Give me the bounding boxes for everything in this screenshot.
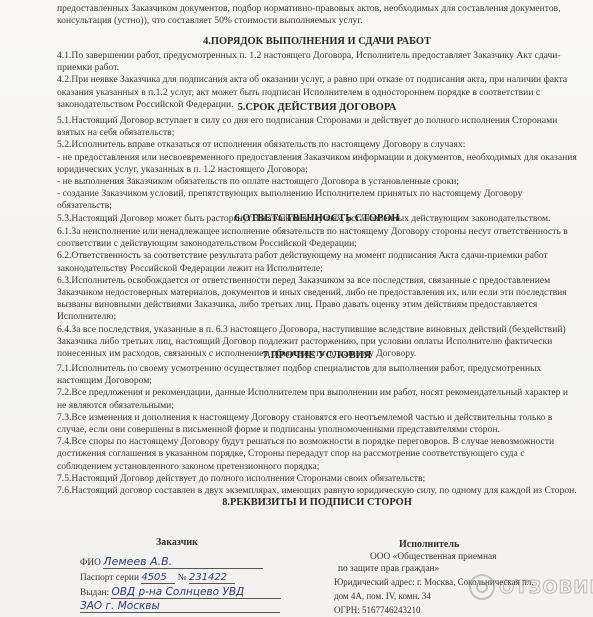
text-line: соответствии с действующим законодательс…	[57, 238, 577, 250]
text-line: 5.2.Исполнитель вправе отказаться от исп…	[57, 139, 577, 151]
passport-number-label: №	[178, 573, 187, 583]
section-7-body: 7.1.Исполнитель по своему усмотрению осу…	[57, 363, 577, 497]
customer-heading: Заказчик	[156, 537, 198, 548]
customer-fio-row: ФИО Лемеев А.В.	[80, 555, 270, 569]
text-line: - создание Заказчиком условий, препятств…	[57, 188, 577, 200]
passport-number: 231422	[189, 572, 235, 584]
text-line: 7.3.Все изменения и дополнения к настоящ…	[57, 412, 577, 424]
text-line: 4.1.По завершении работ, предусмотренных…	[57, 50, 577, 62]
watermark-text: ОТЗОВИК	[499, 577, 593, 598]
document-page: предоставленных Заказчиком документов, п…	[0, 0, 593, 617]
text-line: 7.1.Исполнитель по своему усмотрению осу…	[57, 363, 577, 375]
text-line: соблюдением установленного законом прете…	[57, 461, 577, 473]
section-7-title: 7.ПРОЧИЕ УСЛОВИЯ	[57, 350, 577, 361]
fio-value: Лемеев А.В.	[103, 555, 263, 569]
issued-value-1: ОВД р-на Солнцево УВД	[111, 586, 281, 599]
text-line: 7.5.Настоящий Договор действует до полно…	[57, 473, 577, 485]
contractor-org-line-2: по защите прав граждан»	[338, 564, 439, 574]
section-5-body: 5.1.Настоящий Договор вступает в силу со…	[57, 115, 577, 225]
section-8-title: 8.РЕКВИЗИТЫ И ПОДПИСИ СТОРОН	[57, 497, 577, 508]
contractor-org-line-1: ООО «Общественная приемная	[370, 552, 496, 562]
text-line: 5.1.Настоящий Договор вступает в силу со…	[57, 115, 577, 127]
contractor-address-line-2: дом 4А, пом. IV, комн. 34	[334, 591, 431, 601]
text-line: вызваны виновными действиями Заказчика, …	[57, 299, 577, 311]
text-line: - не предоставления или несвоевременного…	[57, 152, 577, 164]
text-line: 6.1.За неисполнение или ненадлежащее исп…	[57, 226, 577, 238]
text-line: 6.4.За все последствия, указанные в п. 6…	[57, 324, 577, 336]
contractor-ogrn: ОГРН: 5167746243210	[334, 605, 420, 615]
text-line: приемки работ.	[57, 62, 577, 74]
text-line: консультация (устно)), что составляет 50…	[57, 15, 577, 27]
text-line: Исполнителю;	[57, 311, 577, 323]
text-line: юридических услуг, указанных в п. 1.2 на…	[57, 164, 577, 176]
section-4-title: 4.ПОРЯДОК ВЫПОЛНЕНИЯ И СДАЧИ РАБОТ	[57, 36, 577, 47]
text-line: предоставленных Заказчиком документов, п…	[57, 3, 577, 15]
customer-passport-row: Паспорт серии 4505 № 231422	[80, 572, 280, 584]
text-line: случае, если они совершены в письменной …	[57, 424, 577, 436]
text-line: 6.2.Ответственность за соответствие резу…	[57, 250, 577, 262]
passport-series: 4505	[141, 572, 175, 584]
otzovik-watermark: ОТЗОВИК	[469, 575, 593, 599]
text-line: 7.2.Все предложения и рекомендации, данн…	[57, 387, 577, 399]
customer-issued-row-2: ЗАО г. Москвы	[80, 600, 290, 613]
section-5-title: 5.СРОК ДЕЙСТВИЯ ДОГОВОРА	[57, 102, 577, 113]
contractor-heading: Исполнитель	[399, 539, 459, 550]
text-line: достижения соглашения в указанном порядк…	[57, 448, 577, 460]
text-line: настоящим Договором;	[57, 375, 577, 387]
text-line: 6.3.Исполнитель освобождается от ответст…	[57, 275, 577, 287]
issued-label: Выдан:	[80, 588, 109, 598]
passport-label: Паспорт серии	[80, 573, 139, 583]
text-line: 7.4.Все споры по настоящему Договору буд…	[57, 436, 577, 448]
text-line: 4.2.При неявке Заказчика для подписания …	[57, 74, 577, 86]
text-line: взятых на себя обязательств;	[57, 127, 577, 139]
otzovik-logo-icon	[469, 574, 495, 600]
text-line: Заказчиком недостоверных материалов, док…	[57, 287, 577, 299]
text-line: не являются обязательными;	[57, 400, 577, 412]
customer-issued-row: Выдан: ОВД р-на Солнцево УВД	[80, 586, 290, 599]
section-6-title: 6.ОТВЕТСТВЕННОСТЬ СТОРОН	[57, 213, 577, 224]
text-line: Заказчика либо третьих лиц, настоящий До…	[57, 336, 577, 348]
text-line: законодательству Российской Федерации ле…	[57, 263, 577, 275]
text-line: оказания указанных в п.1.2 услуг, акт мо…	[57, 87, 577, 99]
text-line: обязательств;	[57, 200, 577, 212]
section-6-body: 6.1.За неисполнение или ненадлежащее исп…	[57, 226, 577, 360]
text-line: 7.6.Настоящий договор составлен в двух э…	[57, 485, 577, 497]
text-line: - не выполнения Заказчиком обязательств …	[57, 176, 577, 188]
intro-paragraph: предоставленных Заказчиком документов, п…	[57, 3, 577, 27]
issued-value-2: ЗАО г. Москвы	[80, 600, 280, 613]
fio-label: ФИО	[80, 558, 101, 568]
